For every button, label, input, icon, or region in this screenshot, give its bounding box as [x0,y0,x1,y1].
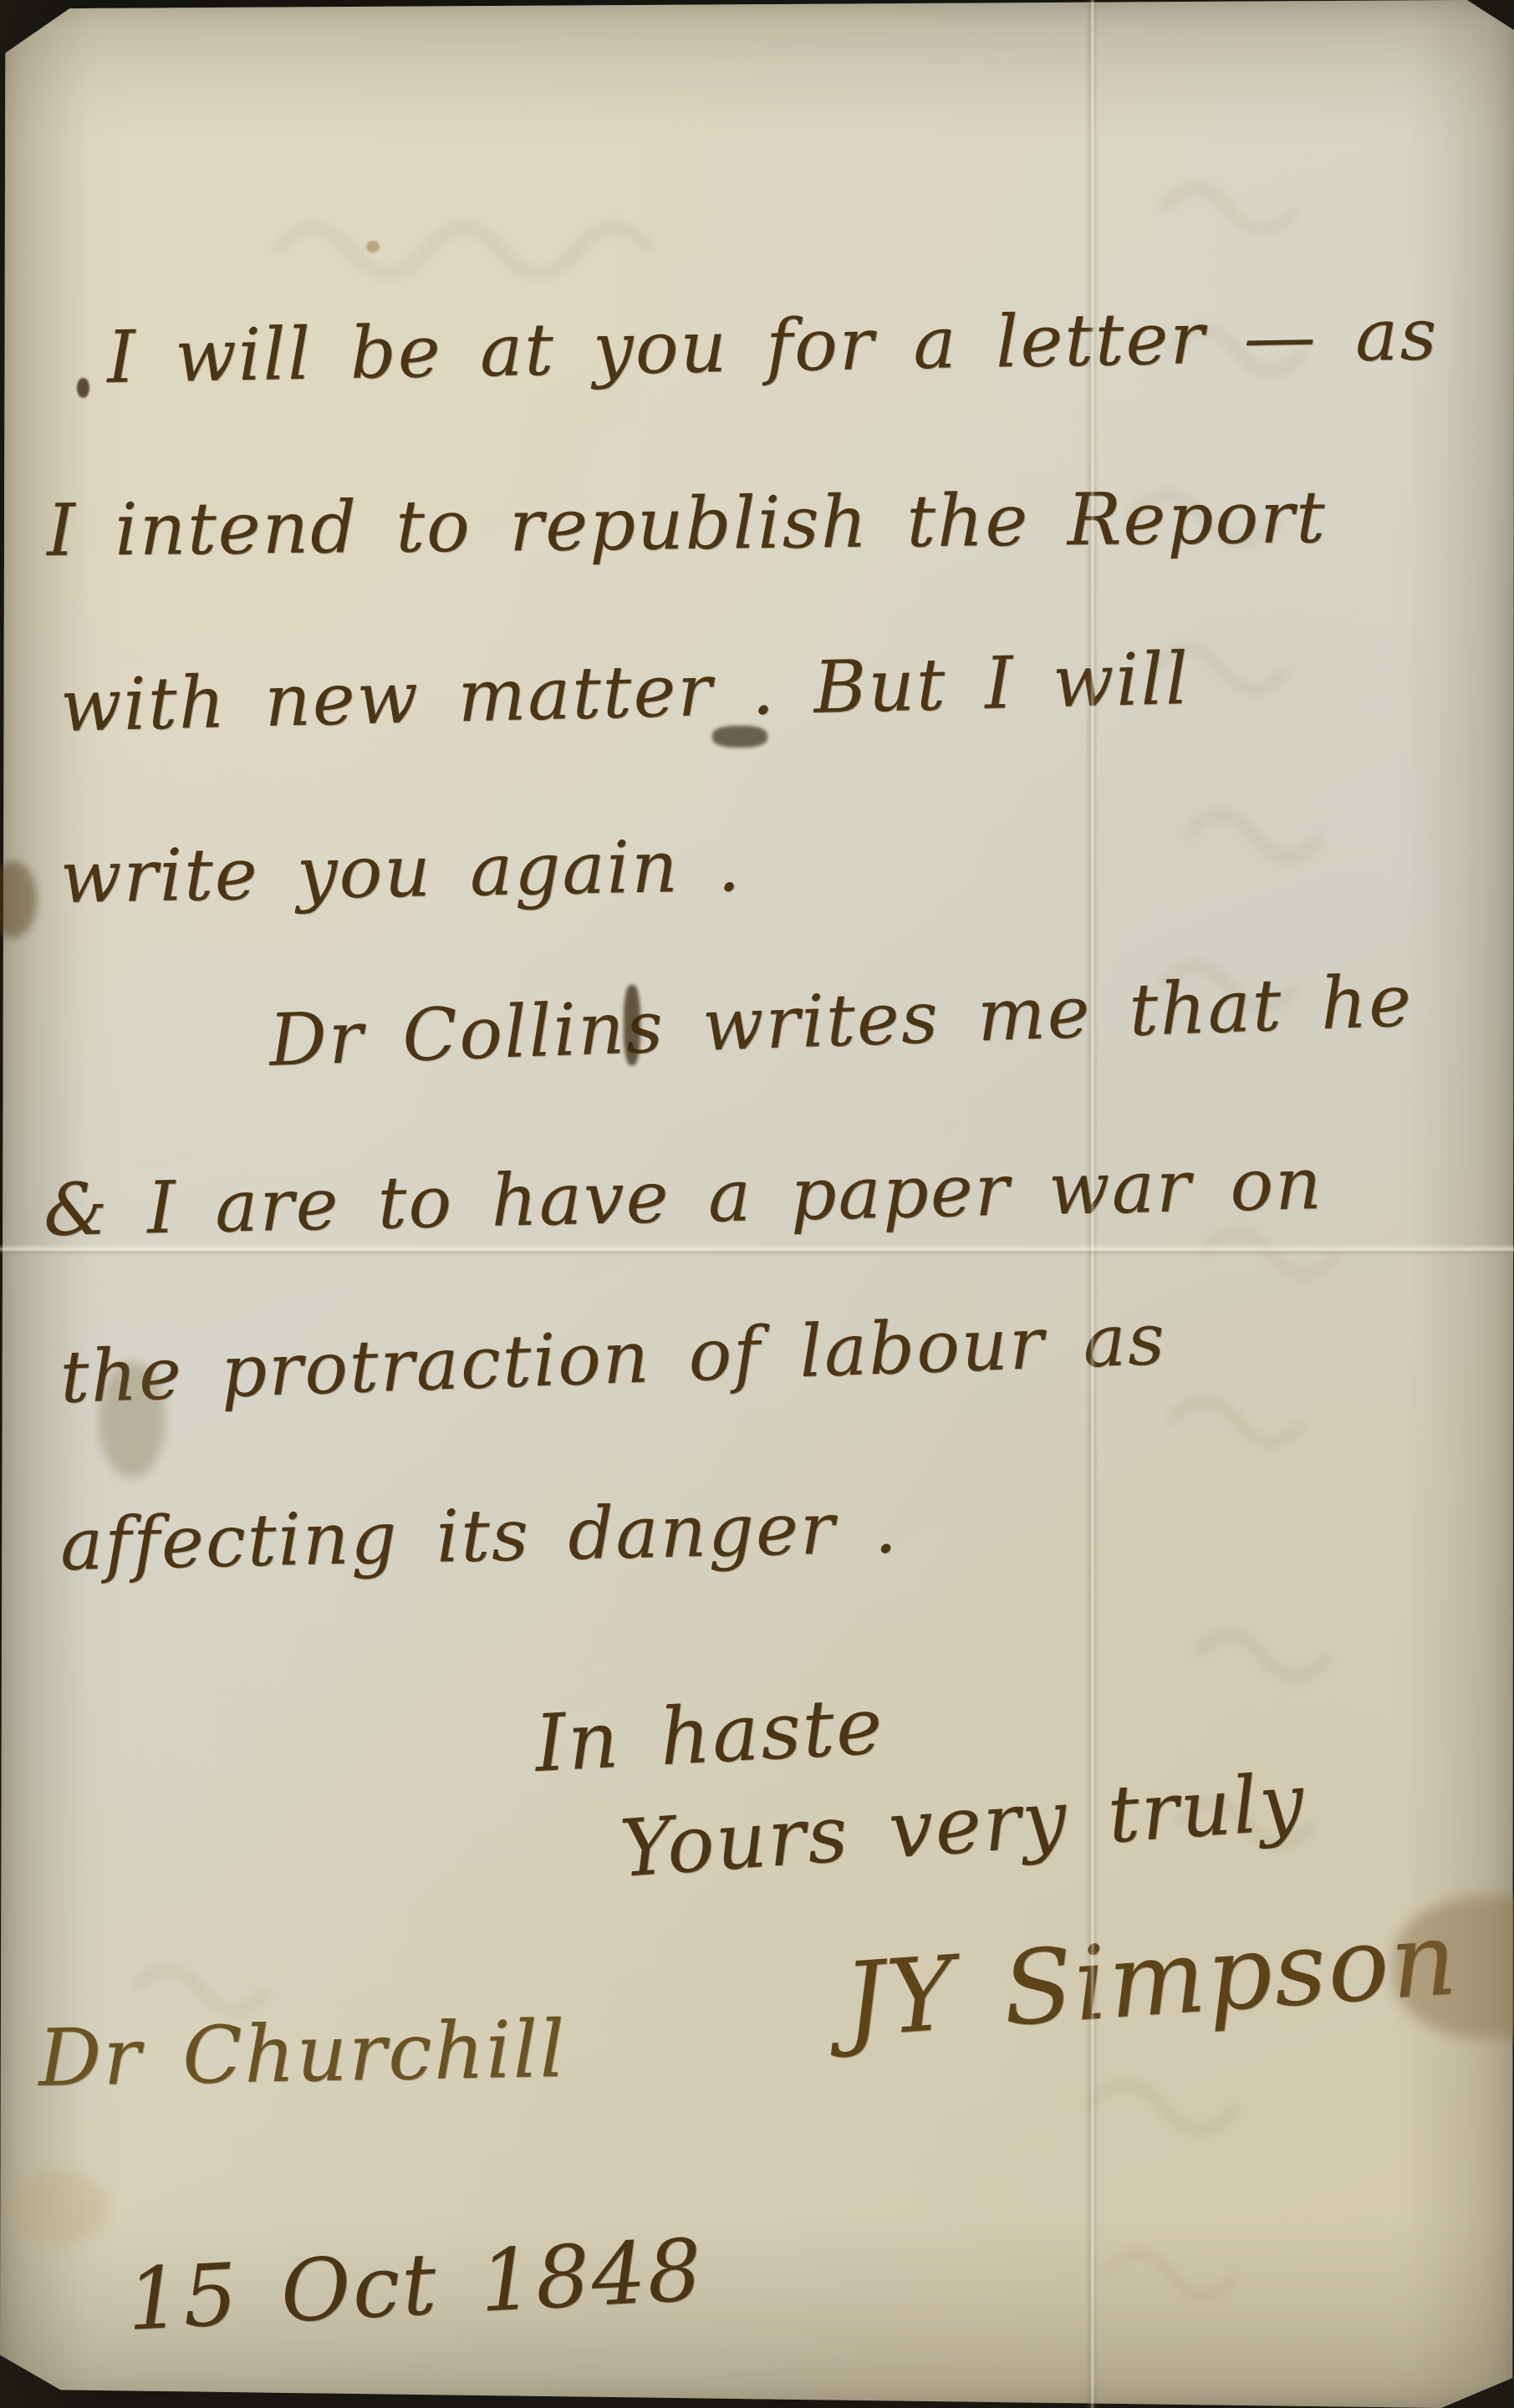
letter-line-2: I intend to republish the Report [46,476,1327,573]
letter-line-4: write you again . [59,824,742,920]
letter-photograph: I will be at you for a letter — as I int… [0,0,1514,2408]
letter-line-8: affecting its danger . [59,1486,900,1587]
recipient-name: Dr Churchill [38,2004,567,2104]
closing-in-haste: In haste [533,1681,886,1790]
